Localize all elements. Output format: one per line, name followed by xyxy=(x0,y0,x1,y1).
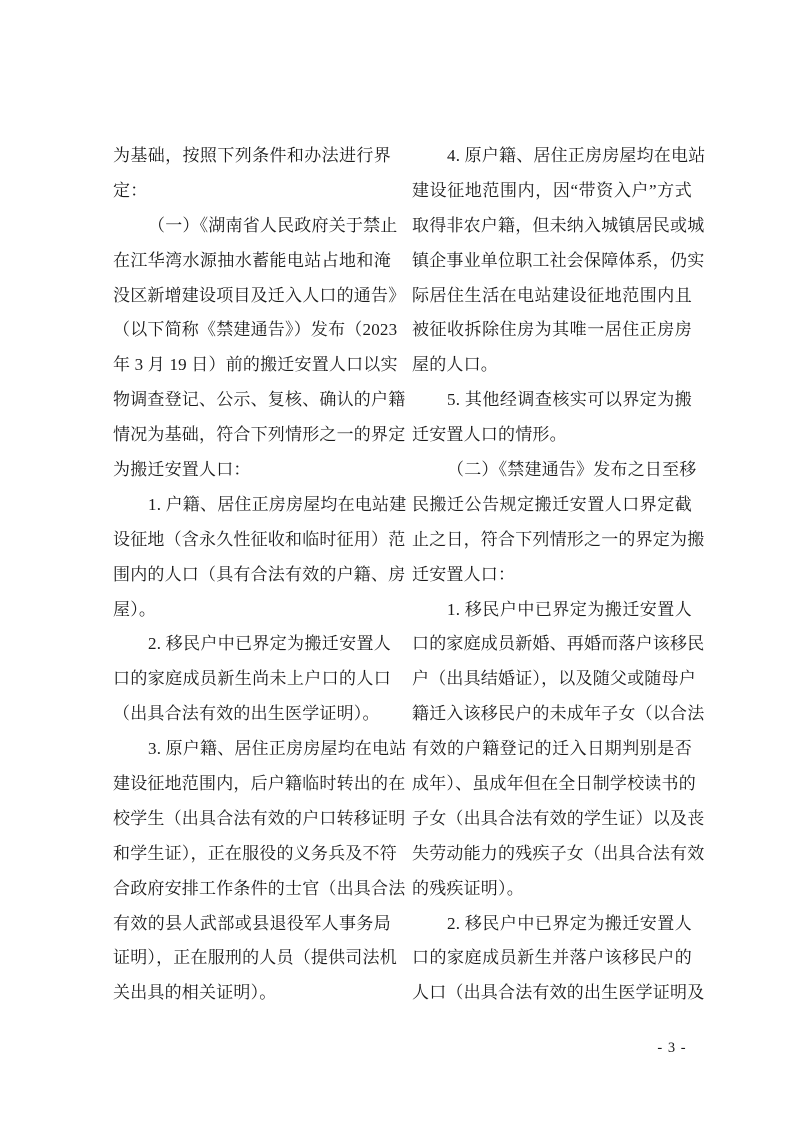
text-line: 口的家庭成员新婚、再婚而落户该移民 xyxy=(412,627,692,662)
text-line: 成年）、虽成年但在全日制学校读书的 xyxy=(412,767,692,802)
text-line: 子女（出具合法有效的学生证）以及丧 xyxy=(412,802,692,837)
text-line: 合政府安排工作条件的士官（出具合法 xyxy=(113,872,391,907)
text-column-left: 为基础，按照下列条件和办法进行界定：（一）《湖南省人民政府关于禁止在江华湾水源抽… xyxy=(113,139,391,1011)
document-page: 为基础，按照下列条件和办法进行界定：（一）《湖南省人民政府关于禁止在江华湾水源抽… xyxy=(0,0,793,1122)
text-line: 止之日，符合下列情形之一的界定为搬 xyxy=(412,523,692,558)
text-line: 围内的人口（具有合法有效的户籍、房 xyxy=(113,558,391,593)
text-line: 屋的人口。 xyxy=(412,348,692,383)
text-line: 物调查登记、公示、复核、确认的户籍 xyxy=(113,383,391,418)
text-line: 屋）。 xyxy=(113,593,391,628)
text-line: 和学生证），正在服役的义务兵及不符 xyxy=(113,837,391,872)
text-line: 在江华湾水源抽水蓄能电站占地和淹 xyxy=(113,244,391,279)
text-line: 的残疾证明）。 xyxy=(412,872,692,907)
text-column-right: 4. 原户籍、居住正房房屋均在电站建设征地范围内，因“带资入户”方式取得非农户籍… xyxy=(412,139,692,1011)
text-line: 2. 移民户中已界定为搬迁安置人 xyxy=(113,627,391,662)
text-line: 被征收拆除住房为其唯一居住正房房 xyxy=(412,313,692,348)
text-line: 口的家庭成员新生尚未上户口的人口 xyxy=(113,662,391,697)
text-line: 情况为基础，符合下列情形之一的界定 xyxy=(113,418,391,453)
text-line: 没区新增建设项目及迁入人口的通告》 xyxy=(113,279,391,314)
text-line: 1. 户籍、居住正房房屋均在电站建 xyxy=(113,488,391,523)
text-line: 建设征地范围内，因“带资入户”方式 xyxy=(412,174,692,209)
text-line: 设征地（含永久性征收和临时征用）范 xyxy=(113,523,391,558)
text-line: 有效的县人武部或县退役军人事务局 xyxy=(113,907,391,942)
text-line: 有效的户籍登记的迁入日期判别是否 xyxy=(412,732,692,767)
text-line: （以下简称《禁建通告》）发布（2023 xyxy=(113,313,391,348)
text-line: （二）《禁建通告》发布之日至移 xyxy=(412,453,692,488)
text-line: 为搬迁安置人口： xyxy=(113,453,391,488)
text-line: 校学生（出具合法有效的户口转移证明 xyxy=(113,802,391,837)
text-line: （一）《湖南省人民政府关于禁止 xyxy=(113,209,391,244)
text-line: 1. 移民户中已界定为搬迁安置人 xyxy=(412,593,692,628)
text-line: 证明），正在服刑的人员（提供司法机 xyxy=(113,941,391,976)
text-line: 3. 原户籍、居住正房房屋均在电站 xyxy=(113,732,391,767)
text-line: 失劳动能力的残疾子女（出具合法有效 xyxy=(412,837,692,872)
text-line: 籍迁入该移民户的未成年子女（以合法 xyxy=(412,697,692,732)
text-line: 口的家庭成员新生并落户该移民户的 xyxy=(412,941,692,976)
text-line: 建设征地范围内，后户籍临时转出的在 xyxy=(113,767,391,802)
text-line: 人口（出具合法有效的出生医学证明及 xyxy=(412,976,692,1011)
text-line: （出具合法有效的出生医学证明）。 xyxy=(113,697,391,732)
text-line: 民搬迁公告规定搬迁安置人口界定截 xyxy=(412,488,692,523)
text-line: 迁安置人口： xyxy=(412,558,692,593)
text-line: 迁安置人口的情形。 xyxy=(412,418,692,453)
text-line: 取得非农户籍，但未纳入城镇居民或城 xyxy=(412,209,692,244)
text-line: 5. 其他经调查核实可以界定为搬 xyxy=(412,383,692,418)
text-line: 4. 原户籍、居住正房房屋均在电站 xyxy=(412,139,692,174)
text-line: 年 3 月 19 日）前的搬迁安置人口以实 xyxy=(113,348,391,383)
text-line: 关出具的相关证明）。 xyxy=(113,976,391,1011)
text-line: 为基础，按照下列条件和办法进行界 xyxy=(113,139,391,174)
text-line: 户（出具结婚证），以及随父或随母户 xyxy=(412,662,692,697)
text-line: 2. 移民户中已界定为搬迁安置人 xyxy=(412,907,692,942)
text-line: 镇企事业单位职工社会保障体系，仍实 xyxy=(412,244,692,279)
text-line: 际居住生活在电站建设征地范围内且 xyxy=(412,279,692,314)
page-number: - 3 - xyxy=(652,1038,692,1058)
text-line: 定： xyxy=(113,174,391,209)
